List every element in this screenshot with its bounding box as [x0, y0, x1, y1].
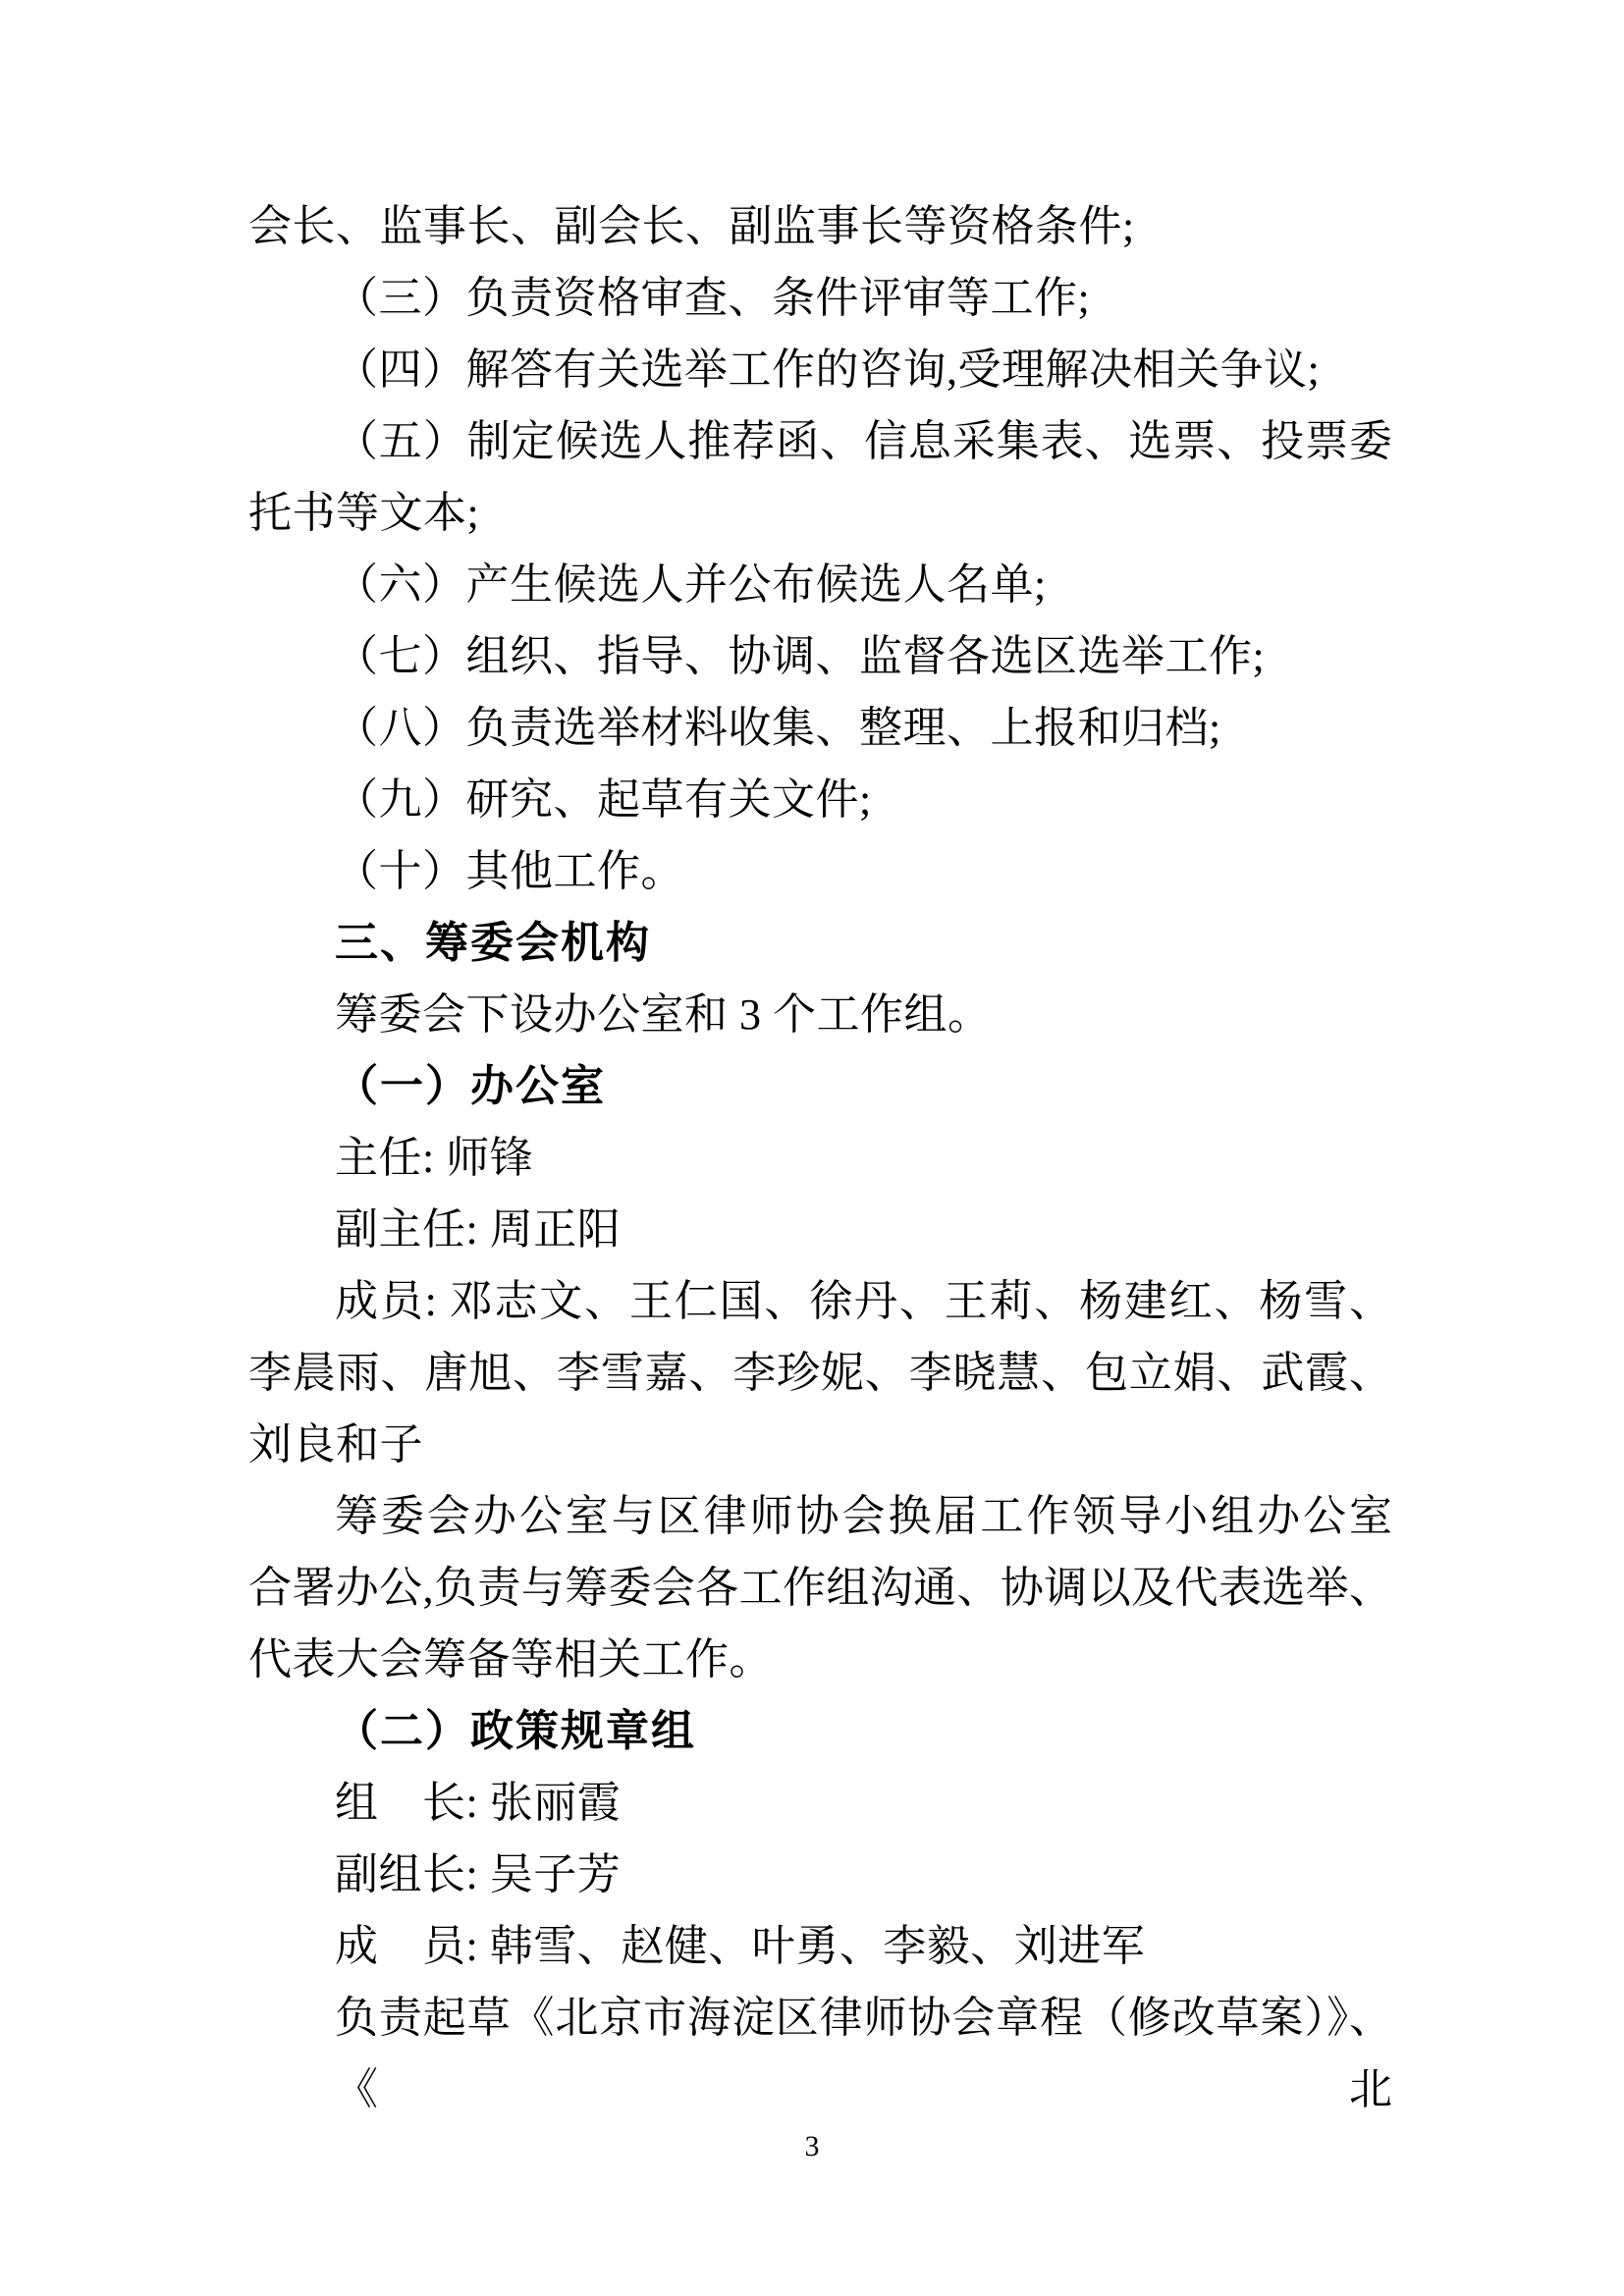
doc-line-17: 李晨雨、唐旭、李雪嘉、李珍妮、李晓慧、包立娟、武霞、 — [248, 1337, 1392, 1409]
doc-line-21: 代表大会筹备等相关工作。 — [248, 1624, 1392, 1695]
doc-line-12: 筹委会下设办公室和 3 个工作组。 — [248, 979, 1392, 1050]
doc-line-25: 成 员: 韩雪、赵健、叶勇、李毅、刘进军 — [248, 1910, 1392, 1982]
doc-line-14: 主任: 师锋 — [248, 1122, 1392, 1194]
doc-line-2: （三）负责资格审查、条件评审等工作; — [248, 262, 1392, 334]
doc-line-26: 负责起草《北京市海淀区律师协会章程（修改草案）》、《北 — [248, 1982, 1392, 2054]
doc-line-4: （五）制定候选人推荐函、信息采集表、选票、投票委 — [248, 405, 1392, 477]
doc-line-5: 托书等文本; — [248, 477, 1392, 549]
doc-line-23: 组 长: 张丽霞 — [248, 1767, 1392, 1839]
doc-line-20: 合署办公,负责与筹委会各工作组沟通、协调以及代表选举、 — [248, 1552, 1392, 1624]
doc-line-15: 副主任: 周正阳 — [248, 1194, 1392, 1265]
doc-line-9: （九）研究、起草有关文件; — [248, 764, 1392, 835]
document-body: 会长、监事长、副会长、副监事长等资格条件; （三）负责资格审查、条件评审等工作;… — [248, 190, 1392, 2054]
doc-line-19: 筹委会办公室与区律师协会换届工作领导小组办公室 — [248, 1480, 1392, 1552]
heading-office: （一）办公室 — [248, 1050, 1392, 1122]
page-number: 3 — [0, 2110, 1624, 2182]
doc-line-24: 副组长: 吴子芳 — [248, 1839, 1392, 1910]
doc-line-6: （六）产生候选人并公布候选人名单; — [248, 549, 1392, 620]
heading-policy-group: （二）政策规章组 — [248, 1695, 1392, 1767]
document-page: 会长、监事长、副会长、副监事长等资格条件; （三）负责资格审查、条件评审等工作;… — [0, 0, 1624, 2296]
doc-line-18: 刘良和子 — [248, 1409, 1392, 1480]
doc-line-10: （十）其他工作。 — [248, 835, 1392, 907]
doc-line-8: （八）负责选举材料收集、整理、上报和归档; — [248, 692, 1392, 764]
doc-line-7: （七）组织、指导、协调、监督各选区选举工作; — [248, 620, 1392, 692]
doc-line-16: 成员: 邓志文、王仁国、徐丹、王莉、杨建红、杨雪、 — [248, 1265, 1392, 1337]
heading-committee-structure: 三、筹委会机构 — [248, 907, 1392, 979]
doc-line-3: （四）解答有关选举工作的咨询,受理解决相关争议; — [248, 334, 1392, 405]
doc-line-1: 会长、监事长、副会长、副监事长等资格条件; — [248, 190, 1392, 262]
